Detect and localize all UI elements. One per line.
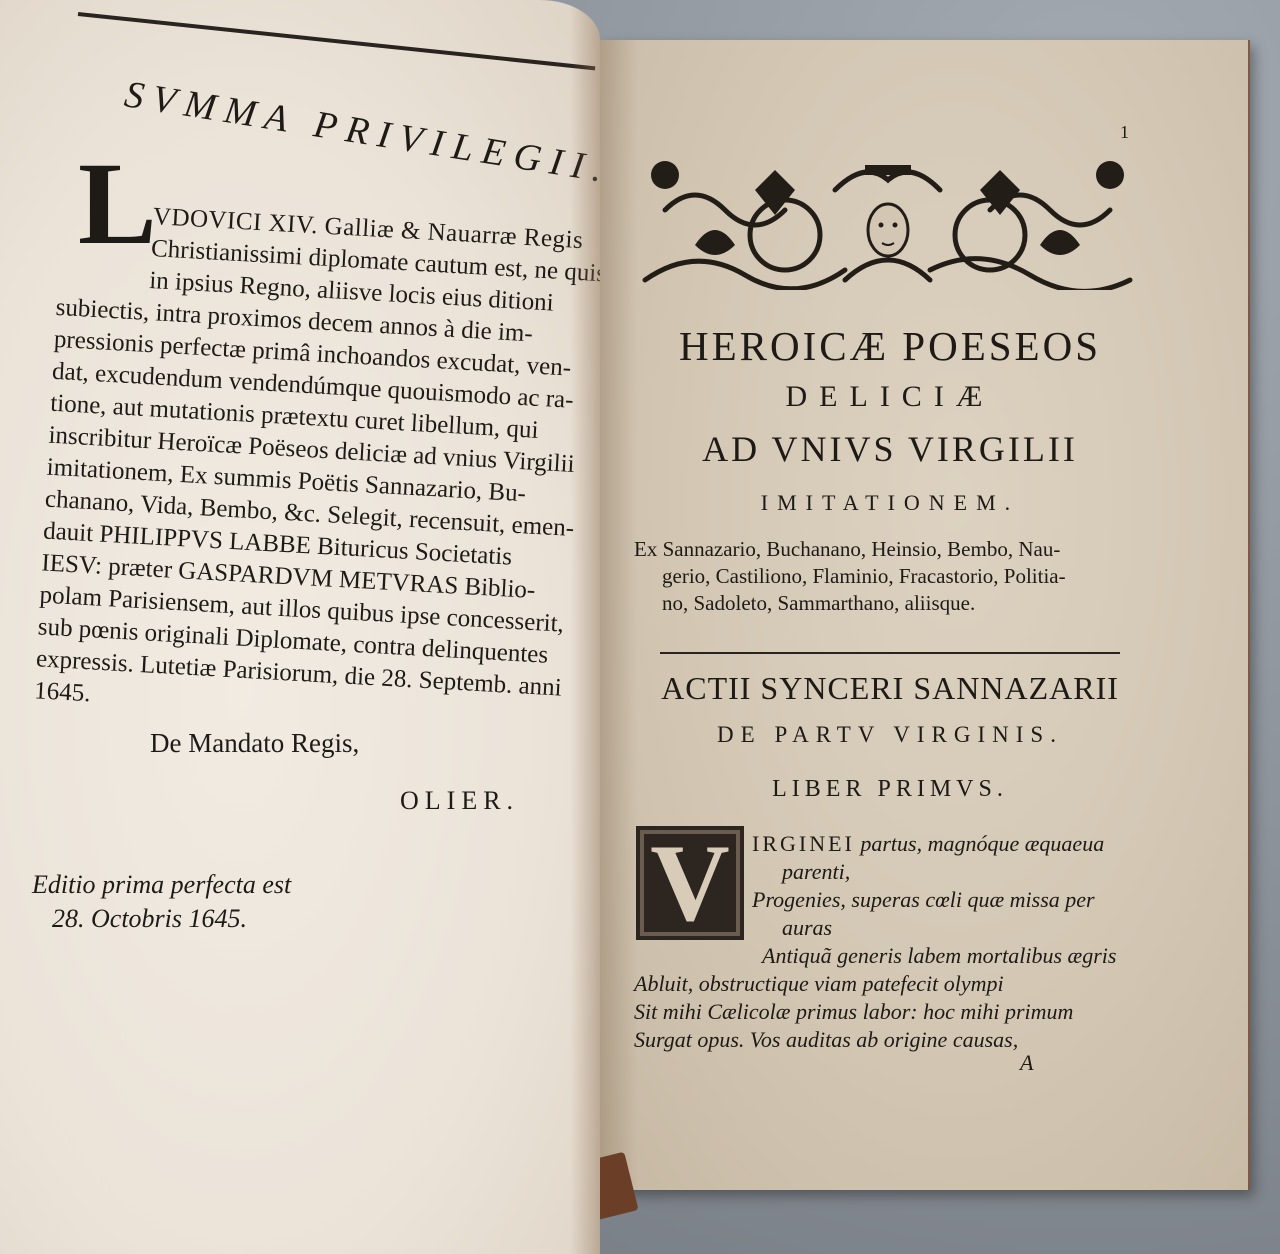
verse-line: auras xyxy=(634,914,1154,942)
authors-line: no, Sadoleto, Sammarthano, aliisque. xyxy=(634,590,1154,617)
verse-line: IRGINEI partus, magnóque æquaeua xyxy=(634,830,1154,858)
title-line-4: IMITATIONEM. xyxy=(630,490,1150,516)
work-title: ACTII SYNCERI SANNAZARII xyxy=(630,670,1150,707)
left-page: SVMMA PRIVILEGII. L VDOVICI XIV. Galliæ … xyxy=(0,0,600,1254)
mandate-line: De Mandato Regis, xyxy=(150,728,359,759)
work-subtitle: DE PARTV VIRGINIS. xyxy=(630,722,1150,748)
verse-line: parenti, xyxy=(634,858,1154,886)
privilege-text: VDOVICI XIV. Galliæ & Nauarræ Regis Chri… xyxy=(33,196,600,737)
woodcut-ornament-icon xyxy=(635,150,1140,290)
top-rule xyxy=(78,12,596,70)
signature: OLIER. xyxy=(400,786,519,816)
verse-line: Progenies, superas cœli quæ missa per xyxy=(634,886,1154,914)
verse-block: IRGINEI partus, magnóque æquaeua parenti… xyxy=(634,830,1154,1054)
divider-rule xyxy=(660,652,1120,654)
privilege-heading: SVMMA PRIVILEGII. xyxy=(122,72,600,191)
authors-list: Ex Sannazario, Buchanano, Heinsio, Bembo… xyxy=(634,536,1154,617)
verse-line: Antiquã generis labem mortalibus ægris xyxy=(634,942,1154,970)
title-line-2: DELICIÆ xyxy=(630,380,1150,414)
signature-mark: A xyxy=(1020,1050,1033,1076)
verse-line: Abluit, obstructique viam patefecit olym… xyxy=(634,970,1154,998)
colophon: Editio prima perfecta est 28. Octobris 1… xyxy=(32,868,291,936)
colophon-line: Editio prima perfecta est xyxy=(32,868,291,902)
authors-line: gerio, Castiliono, Flaminio, Fracastorio… xyxy=(634,563,1154,590)
title-line-1: HEROICÆ POESEOS xyxy=(630,322,1150,370)
colophon-line: 28. Octobris 1645. xyxy=(32,902,291,936)
page-number: 1 xyxy=(1120,122,1129,143)
title-line-3: AD VNIVS VIRGILII xyxy=(630,428,1150,470)
verse-line: Sit mihi Cælicolæ primus labor: hoc mihi… xyxy=(634,998,1154,1026)
authors-line: Ex Sannazario, Buchanano, Heinsio, Bembo… xyxy=(634,536,1154,563)
verse-line: Surgat opus. Vos auditas ab origine caus… xyxy=(634,1026,1154,1054)
book-label: LIBER PRIMVS. xyxy=(630,776,1150,803)
